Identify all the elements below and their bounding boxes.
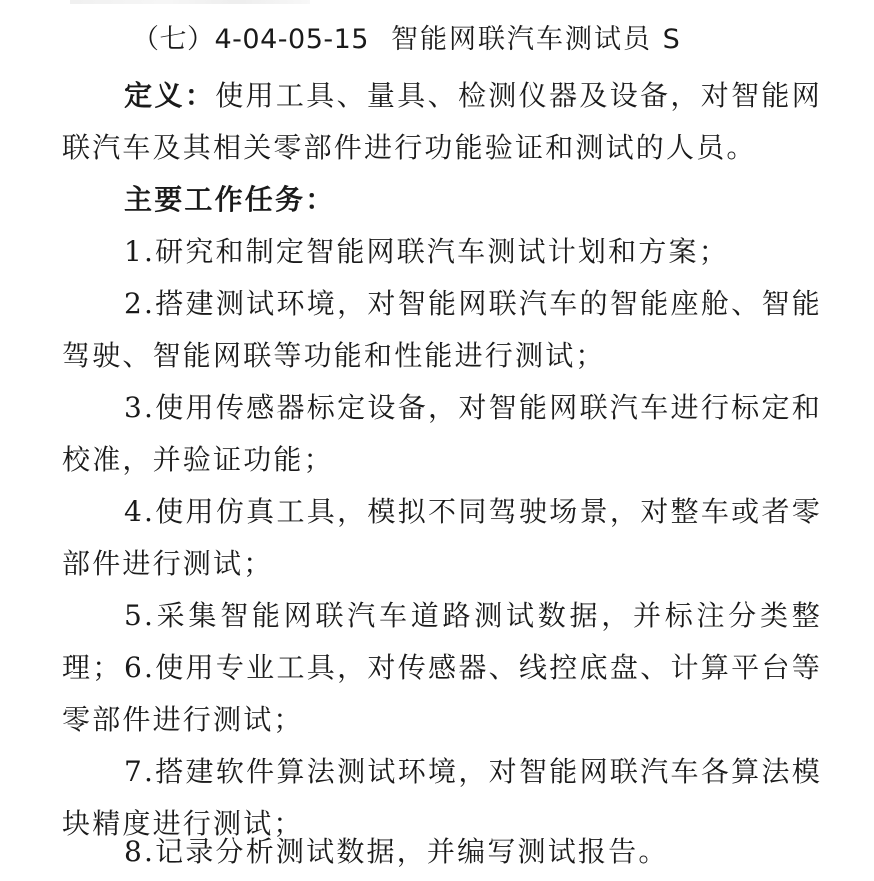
task-item-1: 1.研究和制定智能网联汽车测试计划和方案； bbox=[62, 226, 822, 278]
task-number: 2. bbox=[124, 287, 155, 320]
task-item-8: 8.记录分析测试数据，并编写测试报告。 bbox=[62, 826, 822, 878]
task-item-2: 2.搭建测试环境，对智能网联汽车的智能座舱、智能驾驶、智能网联等功能和性能进行测… bbox=[62, 278, 822, 382]
occupation-code: 4-04-05-15 bbox=[215, 24, 369, 55]
task-text: 记录分析测试数据，并编写测试报告。 bbox=[155, 835, 668, 868]
definition-label: 定义： bbox=[124, 79, 215, 112]
definition-paragraph: 定义：使用工具、量具、检测仪器及设备，对智能网联汽车及其相关零部件进行功能验证和… bbox=[62, 70, 822, 174]
task-number: 5. bbox=[124, 599, 155, 632]
task-number: 7. bbox=[124, 755, 155, 788]
tasks-heading: 主要工作任务： bbox=[62, 174, 822, 226]
task-number: 1. bbox=[124, 235, 155, 268]
cropped-previous-line bbox=[70, 0, 310, 4]
task-text: 使用传感器标定设备，对智能网联汽车进行标定和校准，并验证功能； bbox=[62, 391, 822, 476]
task-number: 3. bbox=[124, 391, 155, 424]
task-number: 8. bbox=[124, 835, 155, 868]
task-item-4: 4.使用仿真工具，模拟不同驾驶场景，对整车或者零部件进行测试； bbox=[62, 486, 822, 590]
task-text: 使用仿真工具，模拟不同驾驶场景，对整车或者零部件进行测试； bbox=[62, 495, 822, 580]
occupation-title: 智能网联汽车测试员 S bbox=[391, 24, 682, 55]
task-text: 研究和制定智能网联汽车测试计划和方案； bbox=[155, 235, 729, 268]
task-number: 6. bbox=[124, 651, 155, 684]
task-item-3: 3.使用传感器标定设备，对智能网联汽车进行标定和校准，并验证功能； bbox=[62, 382, 822, 486]
task-text: 使用专业工具，对传感器、线控底盘、计算平台等零部件进行测试； bbox=[62, 651, 822, 736]
task-number: 4. bbox=[124, 495, 155, 528]
task-text: 搭建测试环境，对智能网联汽车的智能座舱、智能驾驶、智能网联等功能和性能进行测试； bbox=[62, 287, 822, 372]
heading-prefix: （七） bbox=[132, 24, 215, 55]
task-item-6: 6.使用专业工具，对传感器、线控底盘、计算平台等零部件进行测试； bbox=[62, 642, 822, 746]
occupation-heading: （七）4-04-05-15智能网联汽车测试员 S bbox=[132, 20, 682, 60]
